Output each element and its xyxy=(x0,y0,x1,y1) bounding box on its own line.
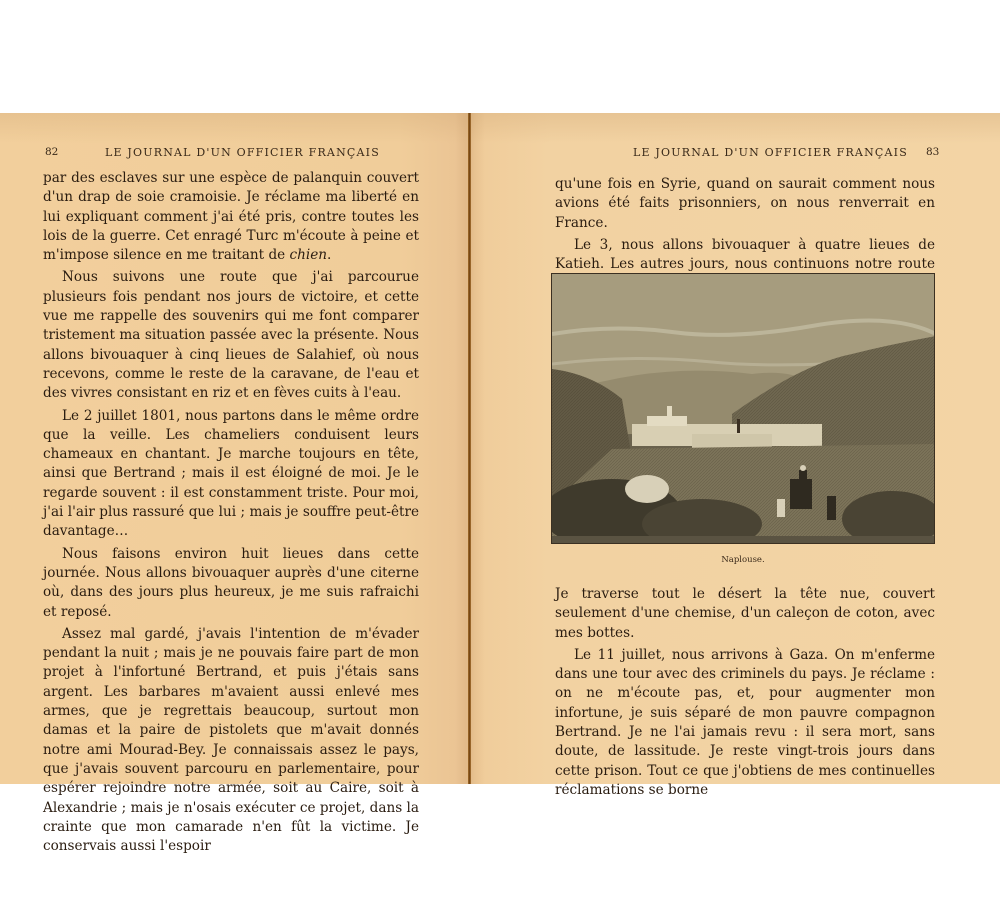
left-running-head: LE JOURNAL D'UN OFFICIER FRANÇAIS xyxy=(105,146,380,159)
right-running-head: LE JOURNAL D'UN OFFICIER FRANÇAIS xyxy=(633,146,908,159)
paragraph: Nous faisons environ huit lieues dans ce… xyxy=(43,545,419,622)
paragraph: par des esclaves sur une espèce de palan… xyxy=(43,169,419,265)
landscape-illustration xyxy=(552,274,935,544)
paragraph: Assez mal gardé, j'avais l'intention de … xyxy=(43,625,419,857)
paragraph: qu'une fois en Syrie, quand on saurait c… xyxy=(555,175,935,233)
naplouse-engraving xyxy=(551,273,935,544)
figure-caption: Naplouse. xyxy=(551,555,935,565)
right-page-number: 83 xyxy=(926,146,939,158)
left-page: 82 LE JOURNAL D'UN OFFICIER FRANÇAIS par… xyxy=(0,113,468,784)
paragraph: Le 2 juillet 1801, nous partons dans le … xyxy=(43,407,419,542)
left-page-number: 82 xyxy=(45,146,58,158)
left-page-body: par des esclaves sur une espèce de palan… xyxy=(43,169,419,856)
book-spread: 82 LE JOURNAL D'UN OFFICIER FRANÇAIS par… xyxy=(0,113,1000,784)
paragraph: Le 11 juillet, nous arrivons à Gaza. On … xyxy=(555,646,935,800)
paragraph: Je traverse tout le désert la tête nue, … xyxy=(555,585,935,643)
right-page: LE JOURNAL D'UN OFFICIER FRANÇAIS 83 qu'… xyxy=(471,113,1000,784)
right-page-body-bottom: Je traverse tout le désert la tête nue, … xyxy=(555,585,935,800)
paragraph: Nous suivons une route que j'ai parcouru… xyxy=(43,268,419,403)
italic-word: chien xyxy=(290,247,328,263)
